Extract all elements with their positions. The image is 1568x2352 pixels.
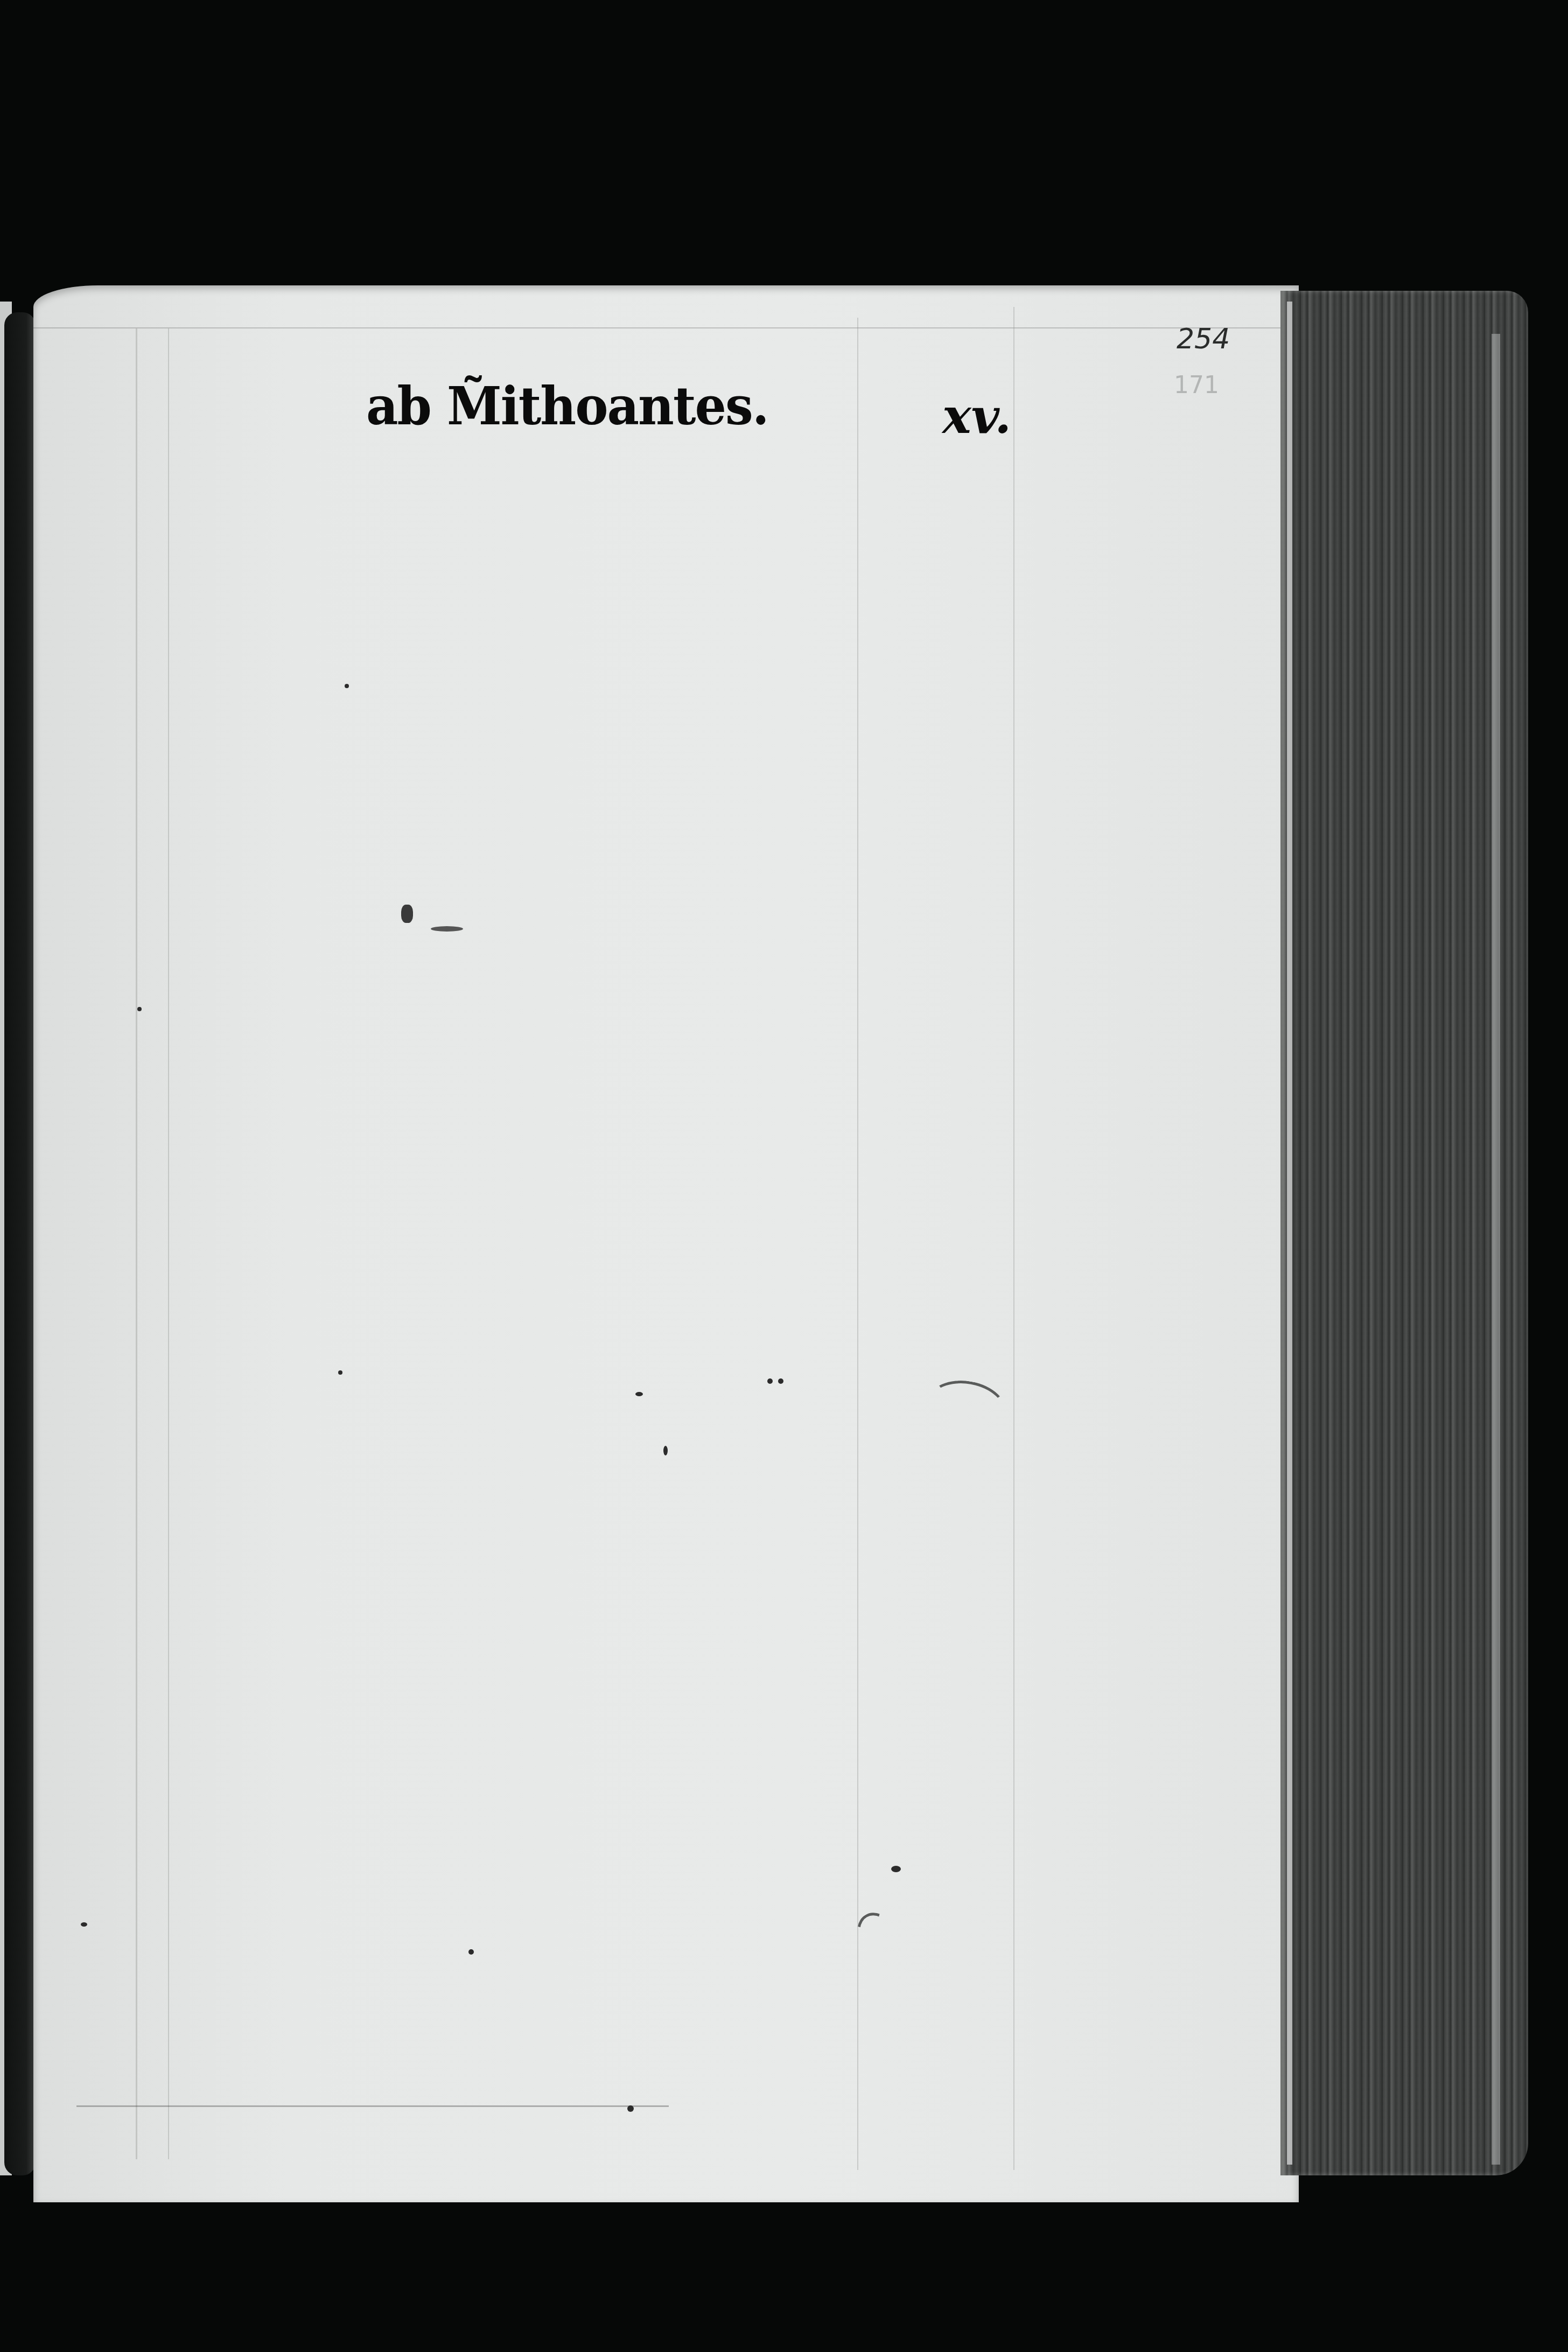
ink-speck <box>431 926 463 932</box>
ink-speck <box>891 1866 901 1872</box>
pencil-faint-note: 171 <box>1174 372 1219 399</box>
pencil-folio-number: 254 <box>1177 323 1230 355</box>
gutter-shadow <box>4 312 36 2175</box>
recto-page <box>33 285 1299 2202</box>
scan-photograph: ab M̃ithoantes. xv. 254 171 <box>0 0 1568 2352</box>
bottom-ruling-line <box>76 2105 669 2107</box>
ruling-line <box>168 328 169 2159</box>
ink-speck <box>401 905 413 923</box>
ink-speck <box>627 2105 634 2112</box>
ink-speck <box>778 1378 783 1384</box>
page-edge-highlight <box>1287 302 1292 2165</box>
top-edge-line <box>33 327 1299 328</box>
ink-speck <box>468 1949 474 1955</box>
ink-speck <box>767 1378 773 1384</box>
ink-speck <box>635 1392 643 1396</box>
page-edge-highlight <box>1492 334 1500 2165</box>
running-head: ab M̃ithoantes. <box>366 375 768 436</box>
ruling-line <box>1013 307 1014 2170</box>
ink-speck <box>345 684 349 688</box>
ink-speck <box>137 1007 142 1011</box>
ink-speck <box>81 1922 87 1927</box>
book-fore-edge <box>1280 291 1528 2175</box>
ink-speck <box>663 1446 668 1455</box>
ruling-line <box>136 328 137 2159</box>
ruling-line <box>857 318 858 2170</box>
ink-speck <box>338 1370 342 1375</box>
folio-number: xv. <box>942 388 1011 445</box>
